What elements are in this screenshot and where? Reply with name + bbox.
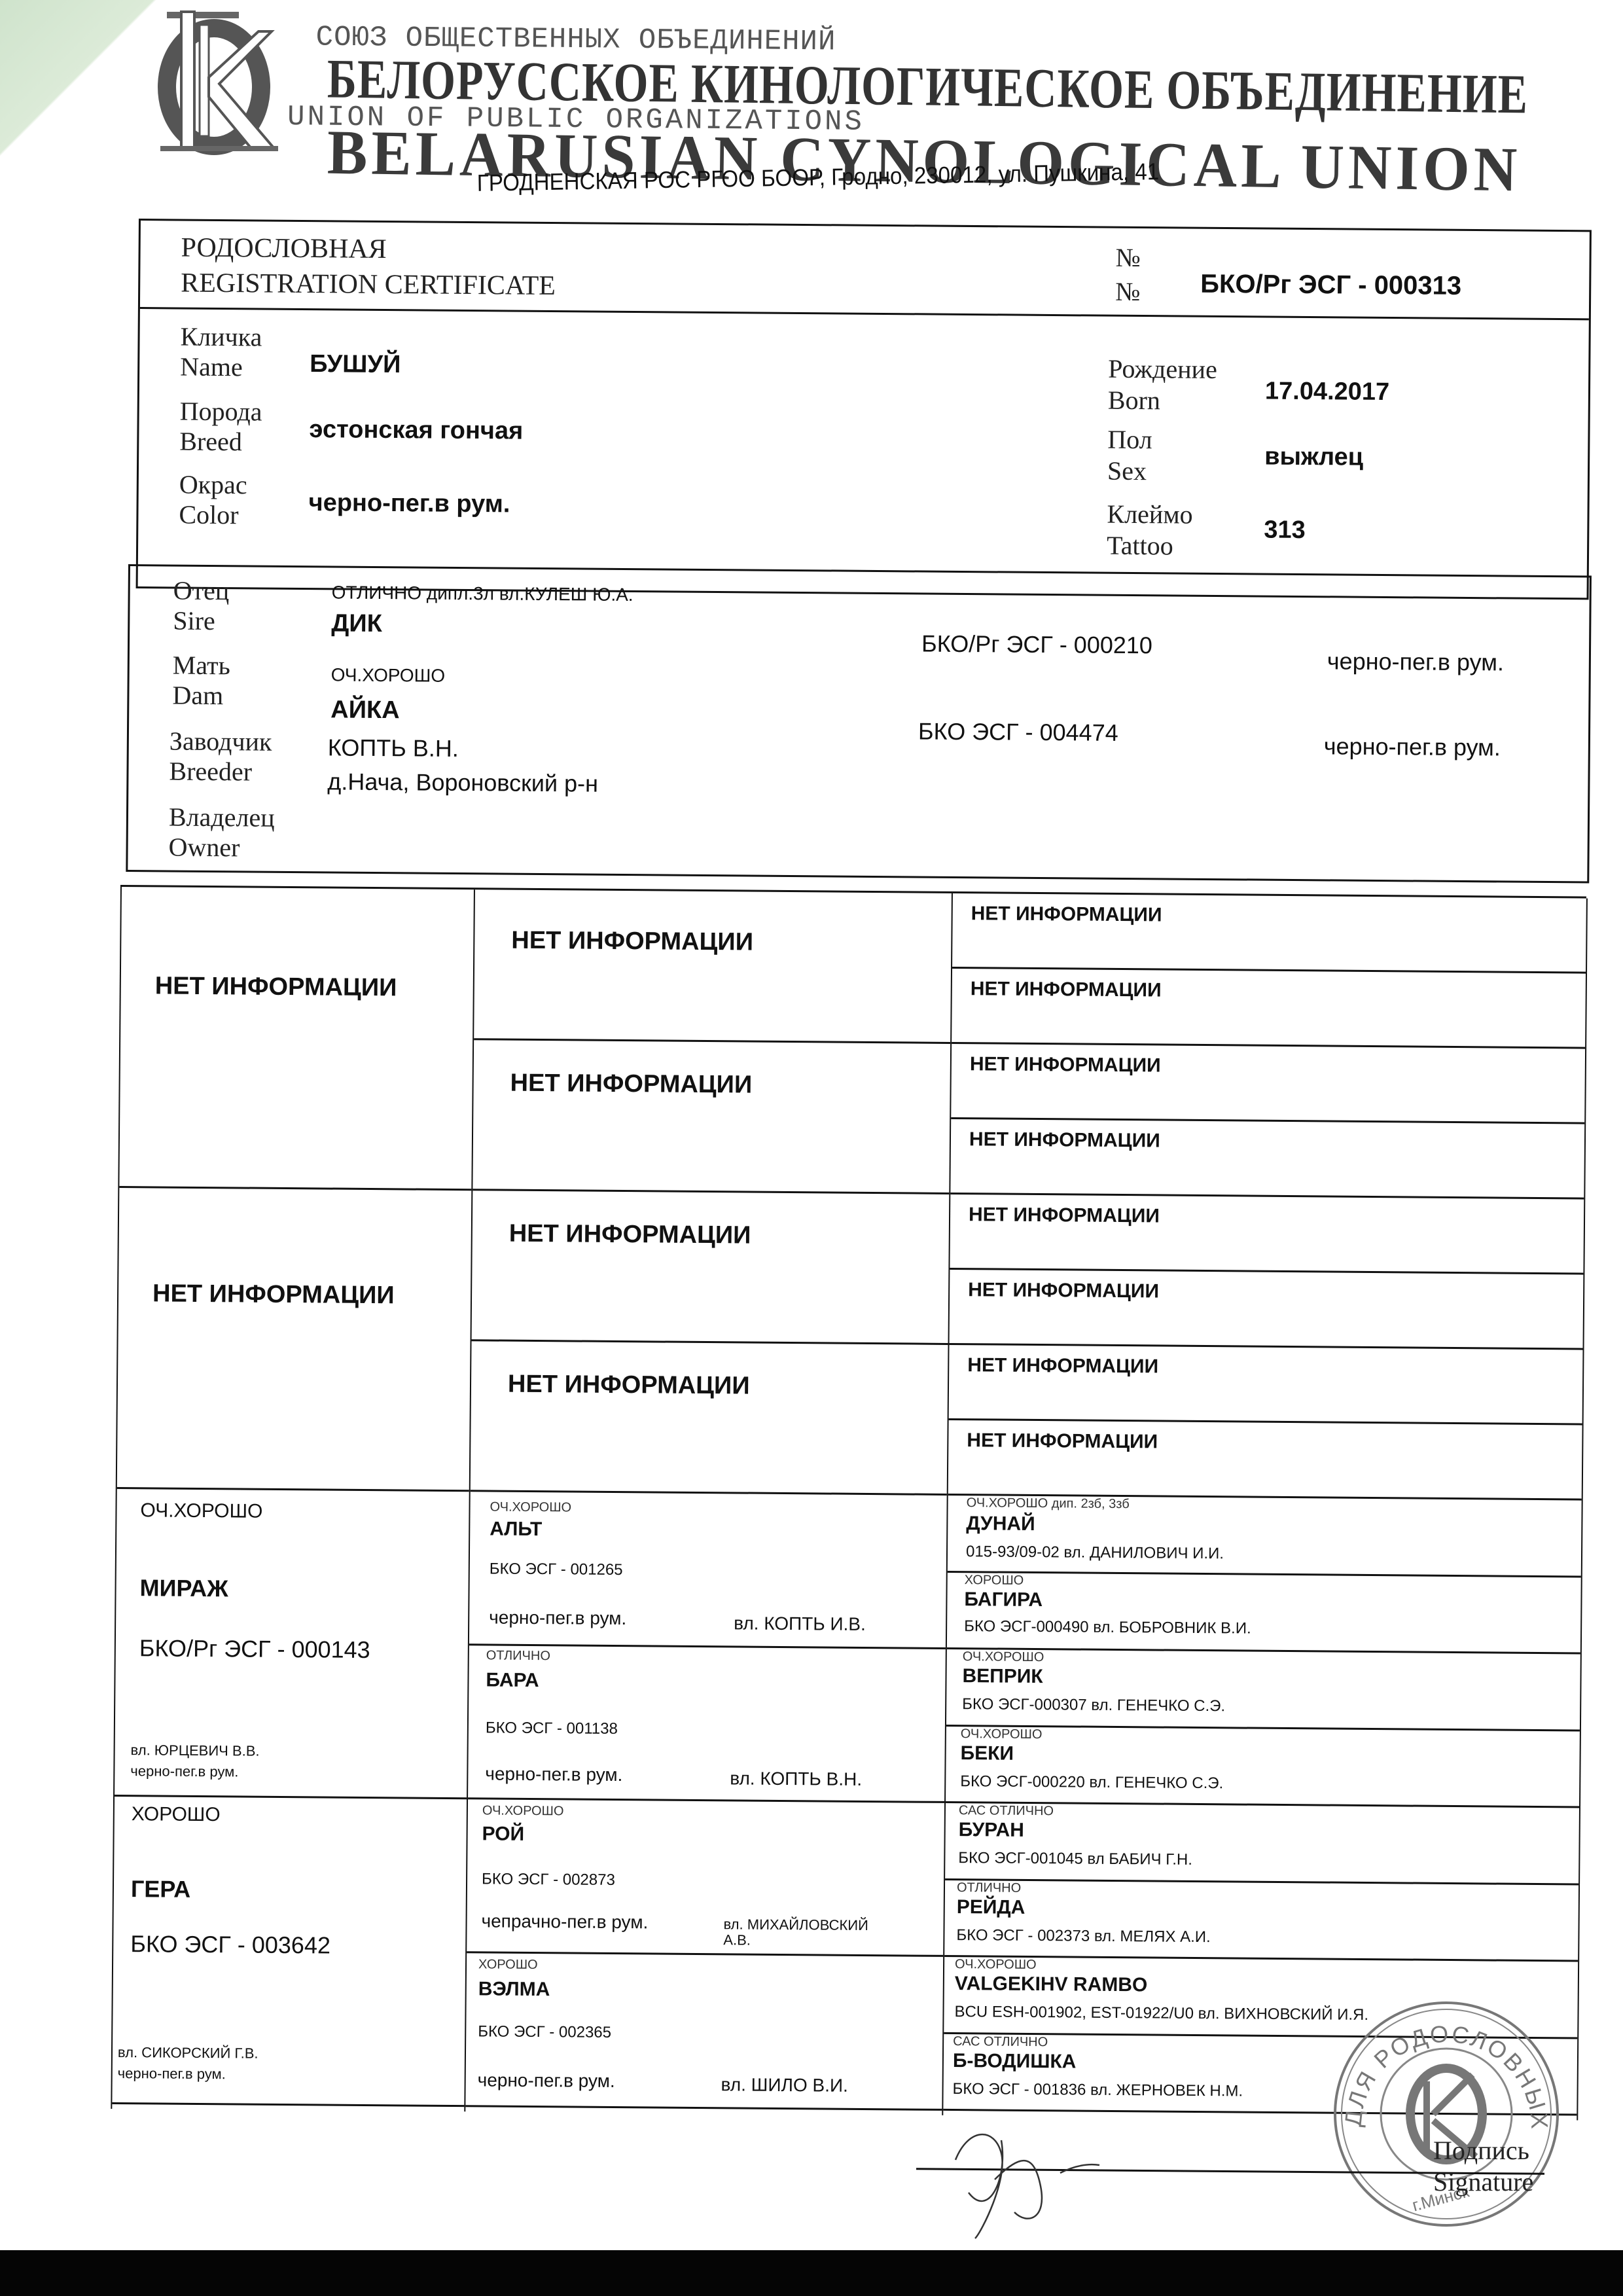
no-info-text: НЕТ ИНФОРМАЦИИ: [968, 1279, 1159, 1302]
no-info-text: НЕТ ИНФОРМАЦИИ: [969, 1204, 1160, 1227]
pedigree-cell-bara: ОТЛИЧНО БАРА БКО ЭСГ - 001138 черно-пег.…: [468, 1645, 946, 1803]
ancestor-grade: ОТЛИЧНО: [486, 1648, 550, 1664]
ancestor-color: чепрачно-пег.в рум.: [481, 1910, 648, 1933]
breeder-address: д.Нача, Вороновский р-н: [327, 768, 598, 797]
ancestor-color: черно-пег.в рум.: [489, 1607, 626, 1629]
ancestor-info: БКО ЭСГ-000307 вл. ГЕНЕЧКО С.Э.: [962, 1695, 1225, 1715]
breed-label-en: Breed: [179, 427, 242, 457]
ancestor-name: АЛЬТ: [490, 1518, 542, 1541]
pedigree-cell-roy: ОЧ.ХОРОШО РОЙ БКО ЭСГ - 002873 чепрачно-…: [467, 1799, 944, 1957]
handwritten-signature-icon: [942, 2114, 1152, 2245]
ancestor-grade: ОЧ.ХОРОШО: [961, 1727, 1043, 1742]
ancestor-info: БКО ЭСГ-000490 вл. БОБРОВНИК В.И.: [964, 1617, 1251, 1638]
dam-color: черно-пег.в рум.: [1324, 732, 1501, 761]
ancestor-info: БКО ЭСГ-000220 вл. ГЕНЕЧКО С.Э.: [960, 1772, 1223, 1793]
ancestor-grade: ОЧ.ХОРОШО: [963, 1649, 1044, 1665]
pedigree-cell-miraj: ОЧ.ХОРОШО МИРАЖ БКО/Рг ЭСГ - 000143 вл. …: [115, 1489, 469, 1799]
breeder-name: КОПТЬ В.Н.: [328, 734, 459, 762]
no-info-text: НЕТ ИНФОРМАЦИИ: [970, 1053, 1161, 1077]
no-info-text: НЕТ ИНФОРМАЦИИ: [509, 1220, 751, 1250]
pedigree-cell: НЕТ ИНФОРМАЦИИ: [119, 887, 474, 1191]
pedigree-cell: НЕТ ИНФОРМАЦИИ: [472, 1191, 950, 1345]
pedigree-cell-beki: ОЧ.ХОРОШО БЕКИ БКО ЭСГ-000220 вл. ГЕНЕЧК…: [946, 1727, 1580, 1808]
owner-label-en: Owner: [168, 832, 240, 863]
title-en: REGISTRATION CERTIFICATE: [181, 268, 556, 301]
scan-artifact-bottom-edge: [0, 2250, 1623, 2296]
ancestor-info: БКО ЭСГ - 002373 вл. МЕЛЯХ А.И.: [956, 1926, 1211, 1946]
dog-born: 17.04.2017: [1265, 378, 1390, 406]
ancestor-grade: САС ОТЛИЧНО: [959, 1803, 1054, 1819]
ancestor-color: черно-пег.в рум.: [485, 1763, 622, 1785]
ancestor-name: ДУНАЙ: [966, 1513, 1035, 1535]
ancestor-grade: ОЧ.ХОРОШО: [482, 1803, 564, 1819]
pedigree-cell: НЕТ ИНФОРМАЦИИ: [471, 1341, 948, 1496]
ancestor-name: Б-ВОДИШКА: [953, 2050, 1077, 2073]
number-label-en: №: [1115, 277, 1141, 307]
ancestor-name: ВЭЛМА: [478, 1978, 550, 2001]
ancestor-info: BCU ESH-001902, EST-01922/U0 вл. ВИХНОВС…: [954, 2003, 1368, 2024]
sire-grade: ОТЛИЧНО дипл.3л вл.КУЛЕШ Ю.А.: [332, 582, 633, 605]
pedigree-cell-reida: ОТЛИЧНО РЕЙДА БКО ЭСГ - 002373 вл. МЕЛЯХ…: [944, 1880, 1578, 1962]
ancestor-name: VALGEKIHV RAMBO: [955, 1973, 1148, 1996]
pedigree-col-gen1: НЕТ ИНФОРМАЦИИ НЕТ ИНФОРМАЦИИ ОЧ.ХОРОШО …: [112, 887, 475, 2111]
pedigree-cell-gera: ХОРОШО ГЕРА БКО ЭСГ - 003642 вл. СИКОРСК…: [112, 1797, 467, 2107]
ancestor-color: черно-пег.в рум.: [478, 2070, 615, 2092]
ancestor-owner: вл. КОПТЬ В.Н.: [730, 1768, 862, 1790]
sex-label-ru: Пол: [1107, 425, 1152, 456]
ancestor-name: ВЕПРИК: [962, 1665, 1043, 1688]
pedigree-col-gen2: НЕТ ИНФОРМАЦИИ НЕТ ИНФОРМАЦИИ НЕТ ИНФОРМ…: [465, 889, 953, 2115]
no-info-text: НЕТ ИНФОРМАЦИИ: [969, 1128, 1160, 1152]
certificate-title-row: РОДОСЛОВНАЯ REGISTRATION CERTIFICATE № №…: [140, 221, 1590, 320]
ancestor-reg: БКО ЭСГ - 002365: [478, 2022, 611, 2042]
ancestor-name: БЕКИ: [960, 1742, 1014, 1765]
ancestor-name: БАРА: [486, 1669, 539, 1692]
ancestor-owner: вл. ЮРЦЕВИЧ В.В.: [131, 1742, 260, 1760]
sire-reg: БКО/Рг ЭСГ - 000210: [921, 630, 1152, 660]
pedigree-cell-buran: САС ОТЛИЧНО БУРАН БКО ЭСГ-001045 вл БАБИ…: [945, 1803, 1579, 1886]
ancestor-grade: ХОРОШО: [132, 1803, 221, 1826]
dam-grade: ОЧ.ХОРОШО: [331, 664, 446, 686]
ancestor-owner: вл. ШИЛО В.И.: [721, 2074, 848, 2096]
ancestor-name: ГЕРА: [131, 1875, 191, 1903]
dam-label-en: Dam: [172, 681, 223, 711]
pedigree-cell-alt: ОЧ.ХОРОШО АЛЬТ БКО ЭСГ - 001265 черно-пе…: [469, 1492, 947, 1649]
dam-reg: БКО ЭСГ - 004474: [918, 717, 1118, 746]
breed-label-ru: Порода: [180, 397, 262, 427]
pedigree-cell-dunai: ОЧ.ХОРОШО дип. 2зб, 3зб ДУНАЙ 015-93/09-…: [948, 1496, 1582, 1578]
sire-label-en: Sire: [173, 606, 215, 637]
pedigree-cell: НЕТ ИНФОРМАЦИИ: [117, 1188, 472, 1492]
ancestor-info: БКО ЭСГ-001045 вл БАБИЧ Г.Н.: [958, 1849, 1192, 1869]
dam-name: АЙКА: [330, 696, 400, 725]
color-label-en: Color: [179, 499, 238, 530]
certificate-number: БКО/Рг ЭСГ - 000313: [1200, 270, 1461, 301]
color-label-ru: Окрас: [179, 469, 247, 500]
no-info-text: НЕТ ИНФОРМАЦИИ: [967, 1354, 1158, 1378]
parents-box: Отец Sire ОТЛИЧНО дипл.3л вл.КУЛЕШ Ю.А. …: [126, 564, 1592, 884]
dog-sex: выжлец: [1264, 443, 1363, 472]
dog-tattoo: 313: [1264, 516, 1306, 545]
ancestor-name: РОЙ: [482, 1823, 524, 1846]
sire-color: черно-пег.в рум.: [1327, 647, 1504, 676]
ancestor-name: БУРАН: [959, 1819, 1024, 1842]
tattoo-label-en: Tattoo: [1107, 531, 1173, 562]
pedigree-cell: НЕТ ИНФОРМАЦИИ: [952, 969, 1586, 1049]
pedigree-cell: НЕТ ИНФОРМАЦИИ: [473, 1040, 950, 1194]
dam-label-ru: Мать: [173, 651, 230, 681]
ancestor-reg: БКО ЭСГ - 002873: [482, 1870, 615, 1890]
ancestor-grade: ОЧ.ХОРОШО: [955, 1957, 1037, 1973]
signature-label-en: Signature: [1433, 2166, 1533, 2197]
ancestor-owner: вл. КОПТЬ И.В.: [734, 1613, 866, 1635]
dog-color: черно-пег.в рум.: [308, 489, 510, 518]
no-info-text: НЕТ ИНФОРМАЦИИ: [967, 1429, 1158, 1453]
sex-label-en: Sex: [1107, 456, 1147, 486]
pedigree-cell: НЕТ ИНФОРМАЦИИ: [950, 1270, 1584, 1350]
ancestor-owner: вл. СИКОРСКИЙ Г.В.: [118, 2044, 259, 2062]
ancestor-grade: ОЧ.ХОРОШО: [140, 1499, 262, 1522]
svg-text:ДЛЯ РОДОСЛОВНЫХ ДОКУМЕНТОВ: ДЛЯ РОДОСЛОВНЫХ ДОКУМЕНТОВ: [1329, 1996, 1554, 2131]
owner-label-ru: Владелец: [169, 802, 275, 833]
pedigree-table: НЕТ ИНФОРМАЦИИ НЕТ ИНФОРМАЦИИ ОЧ.ХОРОШО …: [111, 885, 1586, 2121]
certificate-box: РОДОСЛОВНАЯ REGISTRATION CERTIFICATE № №…: [136, 219, 1592, 600]
ancestor-grade: ХОРОШО: [478, 1957, 538, 1973]
ancestor-color: черно-пег.в рум.: [118, 2065, 226, 2083]
no-info-text: НЕТ ИНФОРМАЦИИ: [508, 1371, 750, 1401]
sire-label-ru: Отец: [173, 576, 230, 607]
ancestor-info: БКО ЭСГ - 001836 вл. ЖЕРНОВЕК Н.М.: [952, 2080, 1243, 2100]
ancestor-reg: БКО ЭСГ - 001138: [486, 1719, 618, 1738]
pedigree-cell-velma: ХОРОШО ВЭЛМА БКО ЭСГ - 002365 черно-пег.…: [465, 1953, 943, 2111]
breeder-label-en: Breeder: [169, 757, 252, 787]
no-info-text: НЕТ ИНФОРМАЦИИ: [511, 927, 753, 957]
born-label-en: Born: [1108, 386, 1160, 416]
no-info-text: НЕТ ИНФОРМАЦИИ: [155, 972, 397, 1002]
number-label-ru: №: [1115, 243, 1141, 273]
ancestor-name: МИРАЖ: [139, 1574, 228, 1602]
dog-breed: эстонская гончая: [309, 416, 523, 446]
ancestor-reg: БКО ЭСГ - 001265: [490, 1560, 623, 1579]
ancestor-info: 015-93/09-02 вл. ДАНИЛОВИЧ И.И.: [966, 1543, 1224, 1563]
ancestor-grade: САС ОТЛИЧНО: [953, 2034, 1048, 2050]
ancestor-owner: вл. МИХАЙЛОВСКИЙ А.В.: [723, 1916, 887, 1949]
no-info-text: НЕТ ИНФОРМАЦИИ: [971, 903, 1162, 926]
ancestor-reg: БКО ЭСГ - 003642: [130, 1930, 330, 1959]
ancestor-reg: БКО/Рг ЭСГ - 000143: [139, 1634, 370, 1664]
no-info-text: НЕТ ИНФОРМАЦИИ: [510, 1069, 752, 1100]
pedigree-cell: НЕТ ИНФОРМАЦИИ: [952, 893, 1586, 974]
pedigree-cell-veprik: ОЧ.ХОРОШО ВЕПРИК БКО ЭСГ-000307 вл. ГЕНЕ…: [946, 1649, 1580, 1732]
ancestor-grade: ОТЛИЧНО: [957, 1880, 1021, 1896]
pedigree-cell-bagira: ХОРОШО БАГИРА БКО ЭСГ-000490 вл. БОБРОВН…: [947, 1573, 1581, 1655]
no-info-text: НЕТ ИНФОРМАЦИИ: [971, 978, 1162, 1001]
ancestor-grade: ОЧ.ХОРОШО дип. 2зб, 3зб: [967, 1496, 1130, 1512]
ancestor-name: РЕЙДА: [957, 1896, 1026, 1919]
breeder-label-ru: Заводчик: [169, 726, 272, 757]
title-ru: РОДОСЛОВНАЯ: [181, 233, 386, 264]
name-label-ru: Кличка: [180, 322, 262, 353]
pedigree-cell: НЕТ ИНФОРМАЦИИ: [949, 1345, 1583, 1426]
ancestor-grade: ОЧ.ХОРОШО: [490, 1499, 571, 1515]
no-info-text: НЕТ ИНФОРМАЦИИ: [152, 1280, 395, 1310]
pedigree-cell: НЕТ ИНФОРМАЦИИ: [948, 1420, 1582, 1501]
signature-label-ru: Подпись: [1433, 2135, 1529, 2166]
ancestor-name: БАГИРА: [964, 1588, 1043, 1611]
ancestor-grade: ХОРОШО: [965, 1573, 1024, 1588]
dog-name: БУШУЙ: [310, 350, 401, 379]
ancestor-color: черно-пег.в рум.: [130, 1763, 238, 1780]
pedigree-cell: НЕТ ИНФОРМАЦИИ: [950, 1194, 1584, 1275]
pedigree-cell: НЕТ ИНФОРМАЦИИ: [951, 1044, 1585, 1124]
born-label-ru: Рождение: [1108, 354, 1217, 385]
pedigree-col-gen3: НЕТ ИНФОРМАЦИИ НЕТ ИНФОРМАЦИИ НЕТ ИНФОРМ…: [943, 893, 1588, 2121]
name-label-en: Name: [180, 352, 243, 383]
sire-name: ДИК: [331, 609, 382, 638]
tattoo-label-ru: Клеймо: [1107, 499, 1192, 530]
pedigree-cell: НЕТ ИНФОРМАЦИИ: [474, 889, 952, 1044]
pedigree-cell: НЕТ ИНФОРМАЦИИ: [950, 1119, 1584, 1200]
